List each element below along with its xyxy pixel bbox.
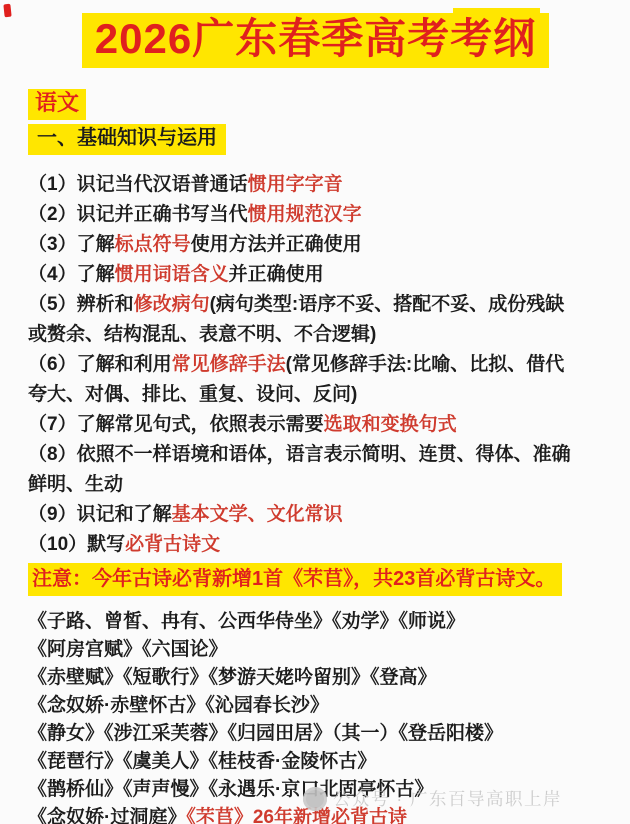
text-run: 标点符号	[115, 234, 191, 255]
poster-page: 2026广东春季高考考纲 语文 一、基础知识与运用 （1）识记当代汉语普通话惯用…	[0, 0, 630, 824]
wechat-logo-icon	[303, 787, 327, 811]
text-run: 《阿房宫赋》《六国论》	[28, 639, 228, 660]
text-run: 《琵琶行》《虞美人》《桂枝香·金陵怀古》	[28, 751, 376, 772]
text-run: （4）了解	[28, 264, 115, 285]
watermark: 公众号 · 广东百导高职上岸	[303, 786, 562, 811]
text-run: 选取和变换句式	[324, 414, 457, 435]
subject-badge: 语文	[28, 89, 86, 119]
text-run: 基本文学、文化常识	[172, 504, 343, 525]
works-line: 《赤壁赋》《短歌行》《梦游天姥吟留别》《登高》	[28, 664, 603, 692]
syllabus-item: （6）了解和利用常见修辞手法(常见修辞手法:比喻、比拟、借代 夸大、对偶、排比、…	[28, 350, 596, 410]
text-run: （1）识记当代汉语普通话	[28, 174, 248, 195]
text-run: 并正确使用	[229, 264, 324, 285]
text-run: （7）了解常见句式，依照表示需要	[28, 414, 324, 435]
syllabus-item: （10）默写必背古诗文	[28, 530, 596, 560]
text-run: 必背古诗文	[125, 534, 220, 555]
text-run: 《念奴娇·过洞庭》	[28, 807, 186, 824]
page-title: 2026广东春季高考考纲	[82, 13, 549, 68]
text-run: 惯用字字音	[248, 174, 343, 195]
text-run: 惯用词语含义	[115, 264, 229, 285]
syllabus-item: （1）识记当代汉语普通话惯用字字音	[28, 170, 596, 200]
text-run: 《念奴娇·赤壁怀古》《沁园春长沙》	[28, 695, 329, 716]
syllabus-item: （7）了解常见句式，依照表示需要选取和变换句式	[28, 410, 596, 440]
text-run: 常见修辞手法	[172, 354, 286, 375]
text-run: 使用方法并正确使用	[191, 234, 362, 255]
syllabus-item: （2）识记并正确书写当代惯用规范汉字	[28, 200, 596, 230]
notice-banner: 注意：今年古诗必背新增1首《芣苢》，共23首必背古诗文。	[28, 563, 562, 596]
text-run: （6）了解和利用	[28, 354, 172, 375]
works-line: 《念奴娇·赤壁怀古》《沁园春长沙》	[28, 692, 603, 720]
text-run: 《赤壁赋》《短歌行》《梦游天姥吟留别》《登高》	[28, 667, 437, 688]
corner-mark	[3, 4, 11, 18]
text-run: 修改病句	[134, 294, 210, 315]
syllabus-item: （4）了解惯用词语含义并正确使用	[28, 260, 596, 290]
works-line: 《琵琶行》《虞美人》《桂枝香·金陵怀古》	[28, 748, 603, 776]
text-run: 《子路、曾皙、冉有、公西华侍坐》《劝学》《师说》	[28, 611, 465, 632]
text-run: 《静女》《涉江采芙蓉》《归园田居》（其一）《登岳阳楼》	[28, 723, 503, 744]
works-line: 《子路、曾皙、冉有、公西华侍坐》《劝学》《师说》	[28, 608, 603, 636]
section-heading: 一、基础知识与运用	[28, 124, 226, 155]
works-line: 《静女》《涉江采芙蓉》《归园田居》（其一）《登岳阳楼》	[28, 720, 603, 748]
syllabus-item: （8）依照不一样语境和语体，语言表示简明、连贯、得体、准确 鲜明、生动	[28, 440, 596, 500]
syllabus-item: （3）了解标点符号使用方法并正确使用	[28, 230, 596, 260]
watermark-text: 公众号 · 广东百导高职上岸	[333, 786, 562, 811]
text-run: （2）识记并正确书写当代	[28, 204, 248, 225]
text-run: （9）识记和了解	[28, 504, 172, 525]
syllabus-item: （9）识记和了解基本文学、文化常识	[28, 500, 596, 530]
text-run: （8）依照不一样语境和语体，语言表示简明、连贯、得体、准确 鲜明、生动	[28, 444, 571, 495]
text-run: （5）辨析和	[28, 294, 134, 315]
highlight-artifact	[453, 8, 540, 15]
text-run: （3）了解	[28, 234, 115, 255]
syllabus-list: （1）识记当代汉语普通话惯用字字音（2）识记并正确书写当代惯用规范汉字（3）了解…	[28, 170, 596, 560]
text-run: （10）默写	[28, 534, 125, 555]
works-line: 《阿房宫赋》《六国论》	[28, 636, 603, 664]
text-run: 惯用规范汉字	[248, 204, 362, 225]
syllabus-item: （5）辨析和修改病句(病句类型:语序不妥、搭配不妥、成份残缺 或赘余、结构混乱、…	[28, 290, 596, 350]
